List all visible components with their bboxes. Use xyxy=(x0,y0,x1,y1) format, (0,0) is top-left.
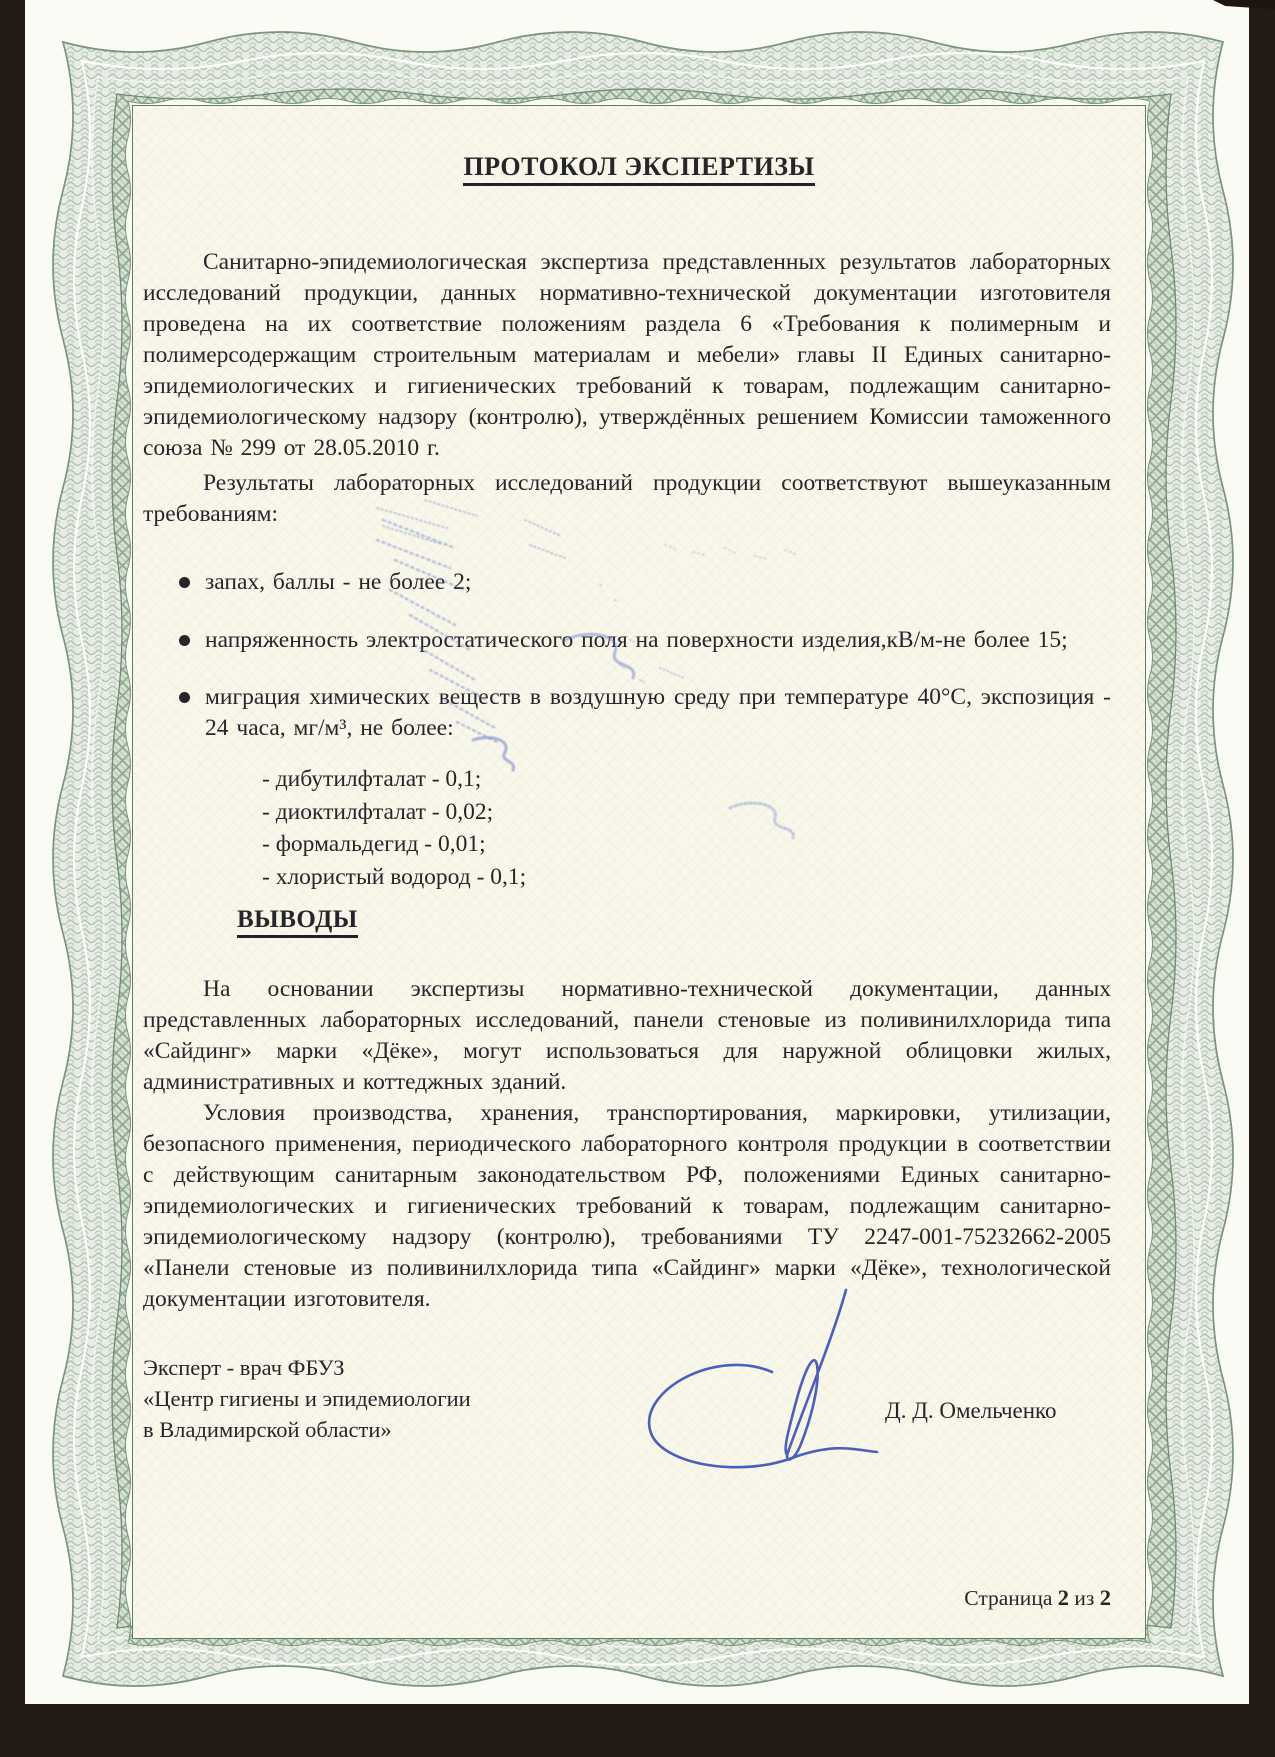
list-item-text: миграция химических веществ в воздушную … xyxy=(143,682,1111,744)
conclusion-paragraph-1: На основании экспертизы нормативно-техни… xyxy=(143,974,1111,1098)
intro-paragraph: Санитарно-эпидемиологическая экспертиза … xyxy=(143,247,1111,464)
migration-limits-list: - дибутилфталат - 0,1; - диоктилфталат -… xyxy=(143,763,1111,893)
page-number: 2 xyxy=(1058,1585,1069,1610)
page-total: 2 xyxy=(1100,1585,1111,1610)
bullet-icon xyxy=(179,635,190,646)
conclusions-heading: ВЫВОДЫ xyxy=(143,905,1111,935)
footer-label: Страница xyxy=(964,1586,1057,1610)
page-title-text: ПРОТОКОЛ ЭКСПЕРТИЗЫ xyxy=(463,152,814,186)
list-item-text: напряженность электростатического поля н… xyxy=(143,625,1111,656)
conclusions-heading-text: ВЫВОДЫ xyxy=(237,906,358,938)
list-item-odor: запах, баллы - не более 2; xyxy=(143,567,1111,598)
results-lead-paragraph: Результаты лабораторных исследований про… xyxy=(143,468,1111,530)
page-title: ПРОТОКОЛ ЭКСПЕРТИЗЫ xyxy=(133,151,1145,183)
bullet-icon xyxy=(179,692,190,703)
list-item: - формальдегид - 0,01; xyxy=(143,828,1111,861)
list-item: - диоктилфталат - 0,02; xyxy=(143,796,1111,829)
bullet-icon xyxy=(179,577,190,588)
page-footer: Страница 2 из 2 xyxy=(143,1582,1111,1614)
scanned-certificate-page: { "document": { "title": "ПРОТОКОЛ ЭКСПЕ… xyxy=(0,0,1275,1757)
list-item-migration: миграция химических веществ в воздушную … xyxy=(143,682,1111,744)
list-item-text: запах, баллы - не более 2; xyxy=(143,567,1111,598)
signer-role-line: Эксперт - врач ФБУЗ xyxy=(143,1352,1111,1383)
conclusion-paragraph-2: Условия производства, хранения, транспор… xyxy=(143,1098,1111,1315)
document-content: ПРОТОКОЛ ЭКСПЕРТИЗЫ Санитарно-эпидемиоло… xyxy=(133,106,1145,1638)
list-item-electrostatic: напряженность электростатического поля н… xyxy=(143,625,1111,656)
signer-name: Д. Д. Омельченко xyxy=(885,1398,1057,1424)
footer-separator: из xyxy=(1069,1586,1100,1610)
list-item: - дибутилфталат - 0,1; xyxy=(143,763,1111,796)
list-item: - хлористый водород - 0,1; xyxy=(143,861,1111,894)
certificate-paper: ПРОТОКОЛ ЭКСПЕРТИЗЫ Санитарно-эпидемиоло… xyxy=(25,0,1249,1704)
